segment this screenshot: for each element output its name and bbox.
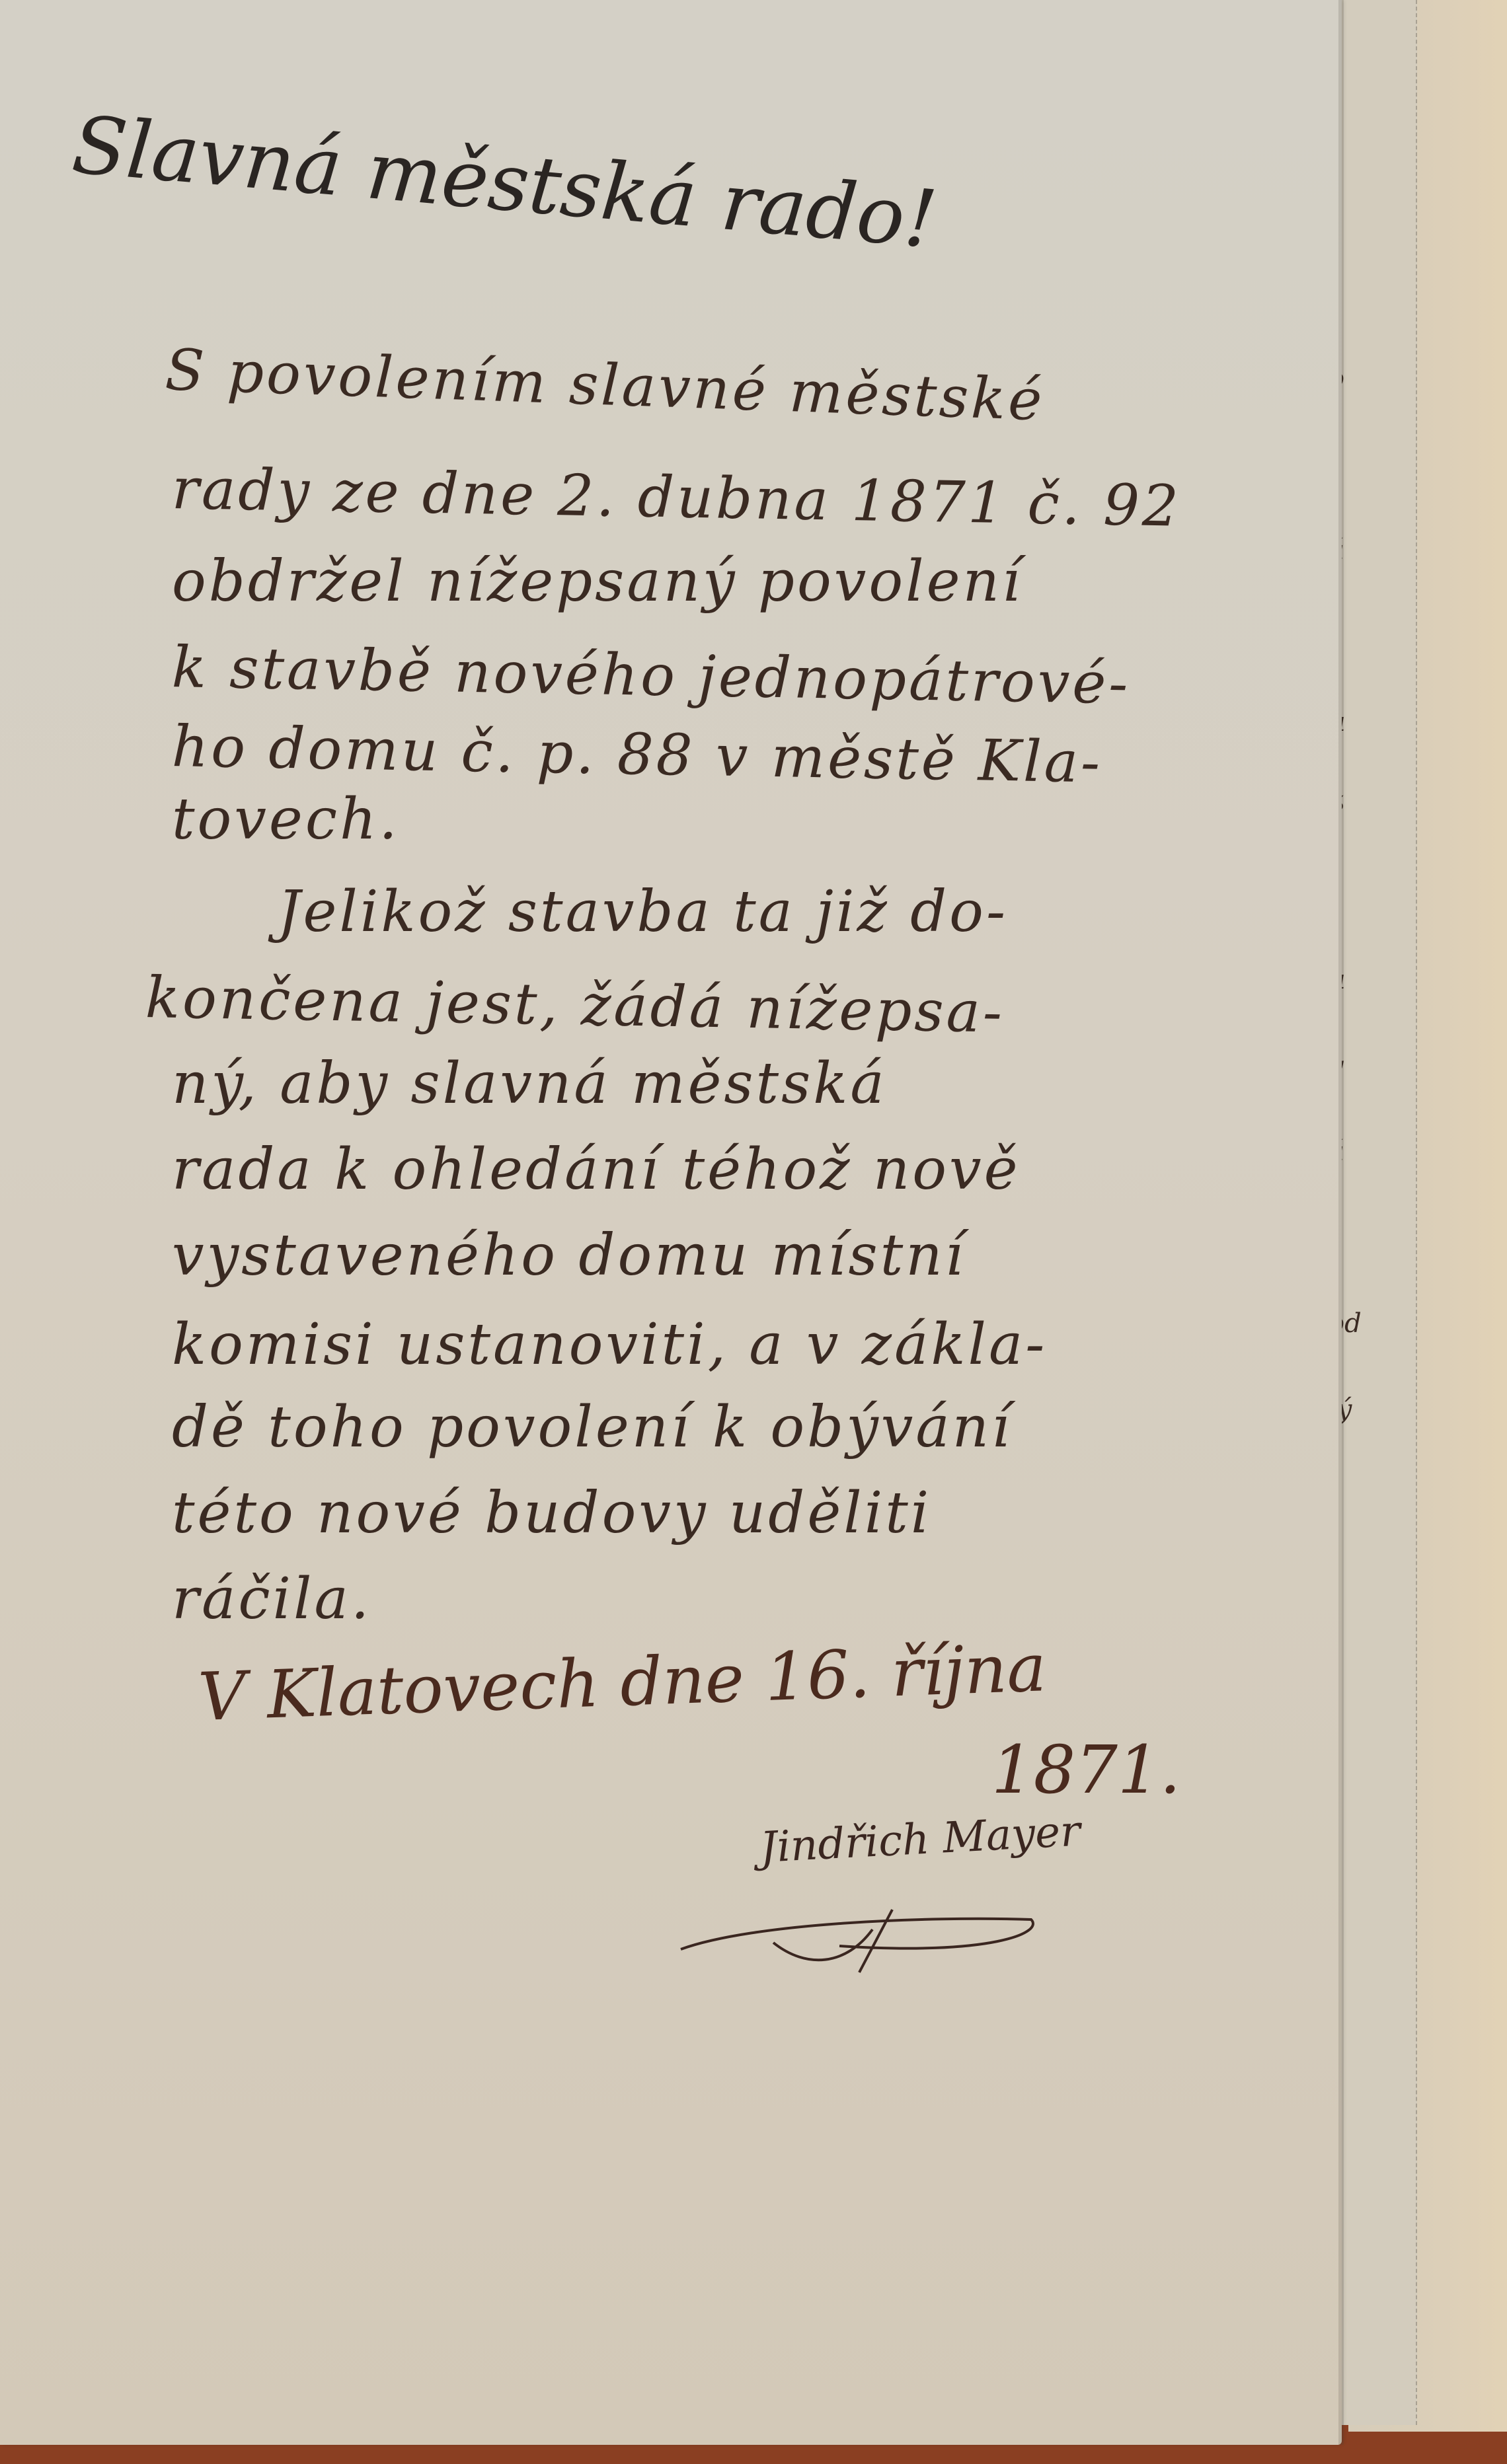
paragraph-2-line-7: dě toho povolení k obývání bbox=[172, 1394, 1013, 1460]
paragraph-2-line-9: ráčila. bbox=[172, 1566, 371, 1632]
paragraph-2-line-8: této nové budovy uděliti bbox=[172, 1480, 931, 1546]
letter-sheet: Slavná městská rado! S povolením slavné … bbox=[0, 0, 1342, 2445]
paragraph-2-line-3: ný, aby slavná městská bbox=[172, 1051, 887, 1117]
paragraph-1-line-2: rady ze dne 2. dubna 1871 č. 92 bbox=[171, 456, 1181, 540]
closing-place-date: V Klatovech dne 16. října bbox=[197, 1629, 1048, 1736]
salutation: Slavná městská rado! bbox=[69, 99, 941, 266]
paragraph-1-line-4: k stavbě nového jednopátrové- bbox=[171, 634, 1131, 717]
signature-flourish-icon bbox=[674, 1903, 1044, 1976]
paragraph-2-line-4: rada k ohledání téhož nově bbox=[172, 1137, 1021, 1203]
signature: Jindřich Mayer bbox=[759, 1807, 1081, 1873]
paragraph-2-line-1: Jelikož stavba ta již do- bbox=[278, 879, 1008, 945]
paragraph-2-line-2: končena jest, žádá nížepsa- bbox=[145, 965, 1005, 1046]
sheet-edge bbox=[1338, 0, 1344, 2445]
paragraph-1-line-3: obdržel nížepsaný povolení bbox=[172, 548, 1023, 615]
paragraph-2-line-5: vystaveného domu místní bbox=[172, 1222, 966, 1288]
paragraph-1-line-6: tovech. bbox=[172, 786, 400, 852]
closing-year: 1871. bbox=[991, 1731, 1180, 1809]
paragraph-1-line-1: S povolením slavné městské bbox=[164, 337, 1046, 433]
paragraph-2-line-6: komisi ustanoviti, a v zákla- bbox=[172, 1312, 1047, 1378]
paragraph-1-line-5: ho domu č. p. 88 v městě Kla- bbox=[171, 714, 1103, 796]
